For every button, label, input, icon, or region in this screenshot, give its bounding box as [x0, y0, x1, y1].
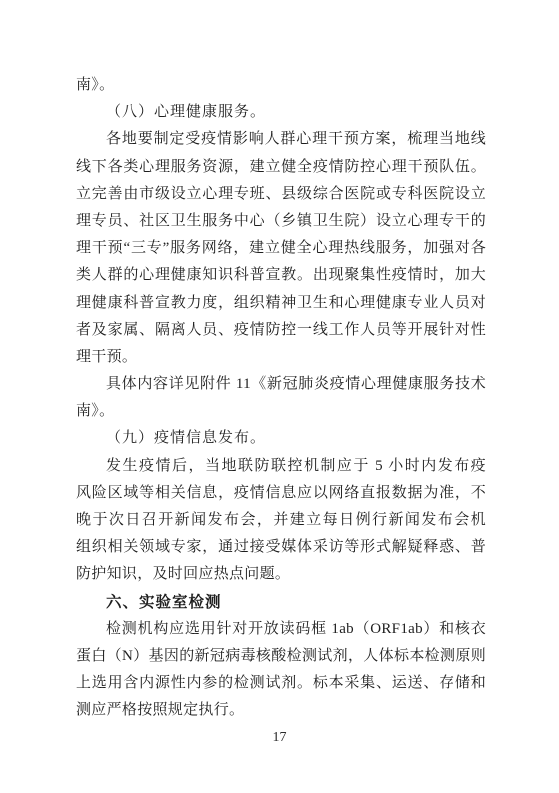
text-line: 风险区域等相关信息，疫情信息应以网络直报数据为准，不得: [76, 480, 486, 507]
text-line: 线下各类心理服务资源，建立健全疫情防控心理干预队伍。建: [76, 154, 486, 181]
subsection-heading: （八）心理健康服务。: [76, 99, 486, 126]
text-line: 理健康科普宣教力度，组织精神卫生和心理健康专业人员对患: [76, 290, 486, 317]
text-line: 类人群的心理健康知识科普宣教。出现聚集性疫情时，加大心: [76, 262, 486, 289]
text-line: 上选用含内源性内参的检测试剂。标本采集、运送、存储和检: [76, 670, 486, 697]
text-line: 理专员、社区卫生服务中心（乡镇卫生院）设立心理专干的心: [76, 208, 486, 235]
subsection-heading: （九）疫情信息发布。: [76, 425, 486, 452]
text-line: 晚于次日召开新闻发布会，并建立每日例行新闻发布会机制。: [76, 507, 486, 534]
paragraph-last-line: 理干预。: [76, 344, 486, 371]
document-page: 南》。（八）心理健康服务。各地要制定受疫情影响人群心理干预方案，梳理当地线上线下…: [0, 0, 559, 793]
text-line: 者及家属、隔离人员、疫情防控一线工作人员等开展针对性心: [76, 317, 486, 344]
text-line: 理干预“三专”服务网络，建立健全心理热线服务，加强对各: [76, 235, 486, 262]
paragraph-first-line: 具体内容详见附件 11《新冠肺炎疫情心理健康服务技术指: [76, 371, 486, 398]
paragraph-first-line: 检测机构应选用针对开放读码框 1ab（ORF1ab）和核衣壳: [76, 616, 486, 643]
paragraph-last-line: 南》。: [76, 72, 486, 99]
text-line: 蛋白（N）基因的新冠病毒核酸检测试剂，人体标本检测原则: [76, 643, 486, 670]
text-line: 组织相关领域专家，通过接受媒体采访等形式解疑释惑、普及: [76, 534, 486, 561]
section-heading: 六、实验室检测: [76, 589, 486, 616]
page-number: 17: [0, 728, 559, 748]
paragraph-first-line: 发生疫情后，当地联防联控机制应于 5 小时内发布疫情、: [76, 453, 486, 480]
paragraph-last-line: 防护知识，及时回应热点问题。: [76, 561, 486, 588]
paragraph-last-line: 南》。: [76, 398, 486, 425]
document-body: 南》。（八）心理健康服务。各地要制定受疫情影响人群心理干预方案，梳理当地线上线下…: [76, 72, 486, 725]
paragraph-last-line: 测应严格按照规定执行。: [76, 697, 486, 724]
text-line: 立完善由市级设立心理专班、县级综合医院或专科医院设立心: [76, 181, 486, 208]
paragraph-first-line: 各地要制定受疫情影响人群心理干预方案，梳理当地线上: [76, 126, 486, 153]
